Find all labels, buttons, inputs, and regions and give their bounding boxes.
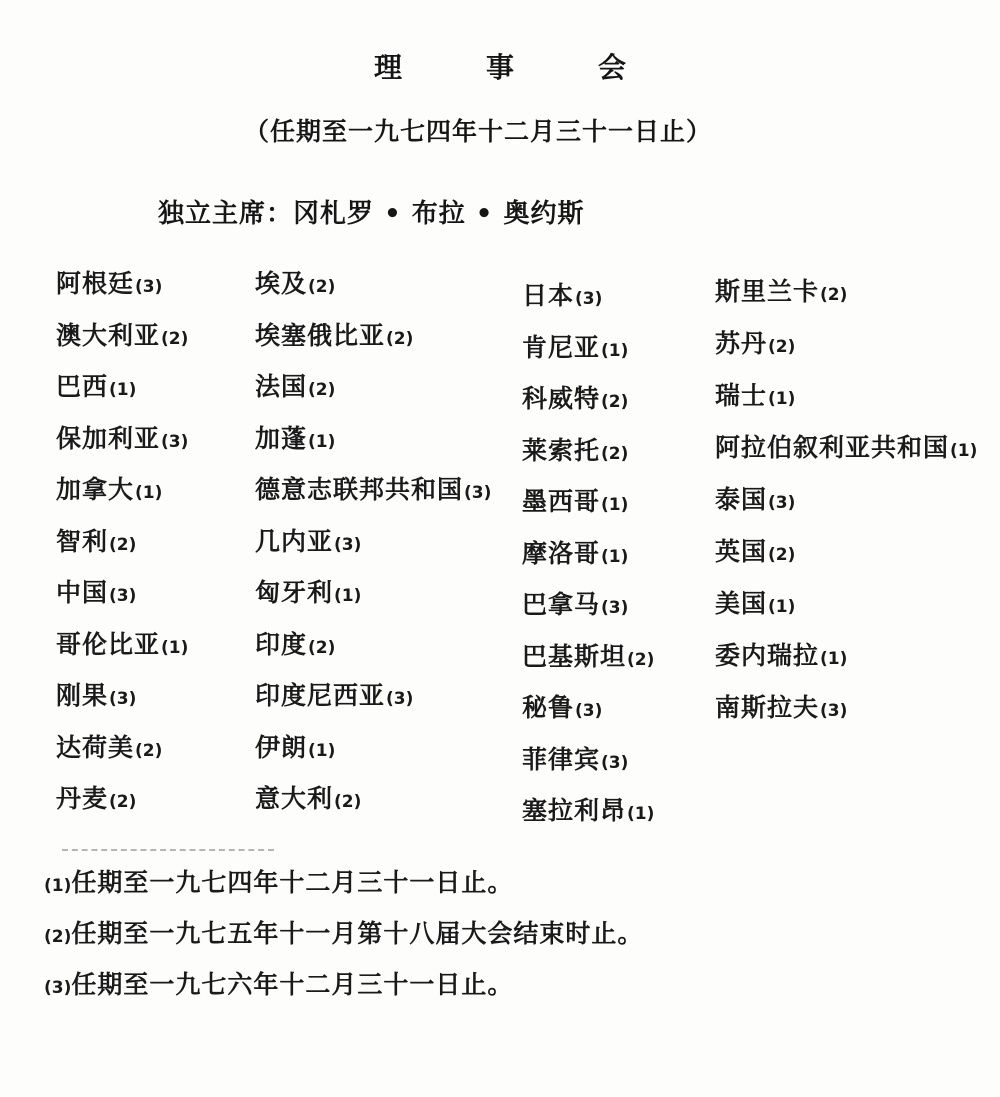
- page-title-text: 理事会: [374, 51, 710, 84]
- term-note-ref: (2): [768, 337, 795, 357]
- country-name: 莱索托: [522, 436, 600, 465]
- council-member: 智利(2): [56, 528, 188, 555]
- term-note-ref: (1): [601, 341, 628, 361]
- term-note-ref: (3): [464, 483, 491, 503]
- country-name: 塞拉利昂: [522, 796, 626, 825]
- council-member: 瑞士(1): [715, 382, 977, 409]
- scanned-document-page: 理事会 （任期至一九七四年十二月三十一日止） 独立主席：冈札罗 • 布拉 • 奥…: [0, 0, 1000, 1097]
- council-member: 埃及(2): [255, 270, 491, 297]
- country-name: 智利: [56, 527, 108, 556]
- council-member: 刚果(3): [56, 682, 188, 709]
- country-name: 苏丹: [715, 329, 767, 358]
- council-member: 苏丹(2): [715, 330, 977, 357]
- term-note-ref: (3): [601, 598, 628, 618]
- term-note-ref: (1): [820, 649, 847, 669]
- term-note-ref: (3): [135, 277, 162, 297]
- term-note-ref: (2): [768, 545, 795, 565]
- country-name: 几内亚: [255, 527, 333, 556]
- term-note-ref: (2): [161, 329, 188, 349]
- council-member: 加拿大(1): [56, 476, 188, 503]
- country-name: 意大利: [255, 784, 333, 813]
- term-note-ref: (2): [308, 277, 335, 297]
- country-name: 达荷美: [56, 733, 134, 762]
- council-member: 德意志联邦共和国(3): [255, 476, 491, 503]
- council-member: 意大利(2): [255, 785, 491, 812]
- council-member: 阿拉伯叙利亚共和国(1): [715, 434, 977, 461]
- council-member: 保加利亚(3): [56, 425, 188, 452]
- term-note-ref: (2): [308, 380, 335, 400]
- council-member: 墨西哥(1): [522, 488, 654, 515]
- country-name: 埃及: [255, 269, 307, 298]
- council-member: 秘鲁(3): [522, 694, 654, 721]
- term-note-ref: (3): [386, 689, 413, 709]
- council-member: 泰国(3): [715, 486, 977, 513]
- country-name: 日本: [522, 281, 574, 310]
- term-note-ref: (3): [334, 535, 361, 555]
- council-member: 法国(2): [255, 373, 491, 400]
- term-subtitle: （任期至一九七四年十二月三十一日止）: [0, 112, 978, 148]
- country-name: 斯里兰卡: [715, 277, 819, 306]
- term-note-ref: (2): [308, 638, 335, 658]
- country-name: 阿根廷: [56, 269, 134, 298]
- footnote-marker: (3): [44, 978, 71, 998]
- page-title: 理事会: [0, 46, 1000, 86]
- country-name: 保加利亚: [56, 424, 160, 453]
- country-name: 加拿大: [56, 475, 134, 504]
- council-member: 巴拿马(3): [522, 591, 654, 618]
- council-member: 南斯拉夫(3): [715, 694, 977, 721]
- term-note-ref: (2): [820, 285, 847, 305]
- country-name: 丹麦: [56, 784, 108, 813]
- term-note-ref: (1): [601, 547, 628, 567]
- country-name: 墨西哥: [522, 487, 600, 516]
- country-name: 菲律宾: [522, 745, 600, 774]
- term-note-ref: (1): [135, 483, 162, 503]
- country-name: 中国: [56, 578, 108, 607]
- country-name: 巴基斯坦: [522, 642, 626, 671]
- term-note-ref: (1): [161, 638, 188, 658]
- country-name: 泰国: [715, 485, 767, 514]
- term-note-ref: (3): [820, 701, 847, 721]
- country-name: 澳大利亚: [56, 321, 160, 350]
- council-member: 英国(2): [715, 538, 977, 565]
- chairman-label: 独立主席：: [158, 199, 293, 229]
- term-note-ref: (2): [109, 535, 136, 555]
- country-name: 巴拿马: [522, 590, 600, 619]
- country-name: 摩洛哥: [522, 539, 600, 568]
- term-note-ref: (2): [601, 392, 628, 412]
- country-name: 伊朗: [255, 733, 307, 762]
- country-name: 加蓬: [255, 424, 307, 453]
- country-name: 英国: [715, 537, 767, 566]
- country-name: 印度尼西亚: [255, 681, 385, 710]
- council-member: 伊朗(1): [255, 734, 491, 761]
- council-member: 斯里兰卡(2): [715, 278, 977, 305]
- council-member: 塞拉利昂(1): [522, 797, 654, 824]
- footnote-marker: (1): [44, 876, 71, 896]
- country-name: 委内瑞拉: [715, 641, 819, 670]
- term-note-ref: (1): [768, 389, 795, 409]
- footnote: (2)任期至一九七五年十一月第十八届大会结束时止。: [44, 919, 643, 948]
- council-member: 匈牙利(1): [255, 579, 491, 606]
- term-note-ref: (1): [950, 441, 977, 461]
- council-member: 美国(1): [715, 590, 977, 617]
- term-note-ref: (2): [135, 741, 162, 761]
- footnote: (1)任期至一九七四年十二月三十一日止。: [44, 868, 643, 897]
- council-member: 科威特(2): [522, 385, 654, 412]
- council-member: 加蓬(1): [255, 425, 491, 452]
- chairman-line: 独立主席：冈札罗 • 布拉 • 奥约斯: [158, 193, 584, 230]
- council-member: 丹麦(2): [56, 785, 188, 812]
- council-member: 印度(2): [255, 631, 491, 658]
- footnote-text: 任期至一九七六年十二月三十一日止。: [71, 970, 513, 999]
- country-name: 肯尼亚: [522, 333, 600, 362]
- term-note-ref: (1): [308, 432, 335, 452]
- member-column-4: 斯里兰卡(2) 苏丹(2) 瑞士(1) 阿拉伯叙利亚共和国(1) 泰国(3) 英…: [715, 278, 977, 746]
- council-member: 阿根廷(3): [56, 270, 188, 297]
- country-name: 匈牙利: [255, 578, 333, 607]
- footnote-separator-line: [62, 849, 274, 851]
- country-name: 瑞士: [715, 381, 767, 410]
- footnote-text: 任期至一九七四年十二月三十一日止。: [71, 868, 513, 897]
- country-name: 印度: [255, 630, 307, 659]
- council-member: 几内亚(3): [255, 528, 491, 555]
- term-note-ref: (3): [109, 586, 136, 606]
- term-note-ref: (2): [386, 329, 413, 349]
- council-member: 日本(3): [522, 282, 654, 309]
- country-name: 科威特: [522, 384, 600, 413]
- term-note-ref: (1): [334, 586, 361, 606]
- footnote: (3)任期至一九七六年十二月三十一日止。: [44, 970, 643, 999]
- council-member: 澳大利亚(2): [56, 322, 188, 349]
- term-note-ref: (2): [627, 650, 654, 670]
- country-name: 美国: [715, 589, 767, 618]
- term-note-ref: (3): [575, 701, 602, 721]
- term-note-ref: (1): [601, 495, 628, 515]
- term-note-ref: (3): [575, 289, 602, 309]
- footnotes-block: (1)任期至一九七四年十二月三十一日止。 (2)任期至一九七五年十一月第十八届大…: [44, 868, 643, 1021]
- term-note-ref: (3): [161, 432, 188, 452]
- council-member: 哥伦比亚(1): [56, 631, 188, 658]
- member-column-1: 阿根廷(3) 澳大利亚(2) 巴西(1) 保加利亚(3) 加拿大(1) 智利(2…: [56, 270, 188, 837]
- term-note-ref: (2): [109, 792, 136, 812]
- member-column-3: 日本(3) 肯尼亚(1) 科威特(2) 莱索托(2) 墨西哥(1) 摩洛哥(1)…: [522, 282, 654, 849]
- country-name: 秘鲁: [522, 693, 574, 722]
- term-note-ref: (3): [768, 493, 795, 513]
- council-member: 巴基斯坦(2): [522, 643, 654, 670]
- council-member: 委内瑞拉(1): [715, 642, 977, 669]
- council-member: 巴西(1): [56, 373, 188, 400]
- term-note-ref: (1): [627, 804, 654, 824]
- council-member: 摩洛哥(1): [522, 540, 654, 567]
- country-name: 法国: [255, 372, 307, 401]
- footnote-marker: (2): [44, 927, 71, 947]
- chairman-name: 冈札罗 • 布拉 • 奥约斯: [293, 199, 584, 229]
- council-member: 达荷美(2): [56, 734, 188, 761]
- council-member: 埃塞俄比亚(2): [255, 322, 491, 349]
- council-member: 中国(3): [56, 579, 188, 606]
- country-name: 德意志联邦共和国: [255, 475, 463, 504]
- term-note-ref: (2): [601, 444, 628, 464]
- term-note-ref: (3): [109, 689, 136, 709]
- council-member: 肯尼亚(1): [522, 334, 654, 361]
- term-note-ref: (2): [334, 792, 361, 812]
- footnote-text: 任期至一九七五年十一月第十八届大会结束时止。: [71, 919, 643, 948]
- term-note-ref: (3): [601, 753, 628, 773]
- country-name: 巴西: [56, 372, 108, 401]
- term-note-ref: (1): [109, 380, 136, 400]
- council-member: 印度尼西亚(3): [255, 682, 491, 709]
- country-name: 阿拉伯叙利亚共和国: [715, 433, 949, 462]
- country-name: 埃塞俄比亚: [255, 321, 385, 350]
- council-member: 菲律宾(3): [522, 746, 654, 773]
- member-column-2: 埃及(2) 埃塞俄比亚(2) 法国(2) 加蓬(1) 德意志联邦共和国(3) 几…: [255, 270, 491, 837]
- term-note-ref: (1): [308, 741, 335, 761]
- country-name: 刚果: [56, 681, 108, 710]
- term-note-ref: (1): [768, 597, 795, 617]
- country-name: 哥伦比亚: [56, 630, 160, 659]
- council-member: 莱索托(2): [522, 437, 654, 464]
- country-name: 南斯拉夫: [715, 693, 819, 722]
